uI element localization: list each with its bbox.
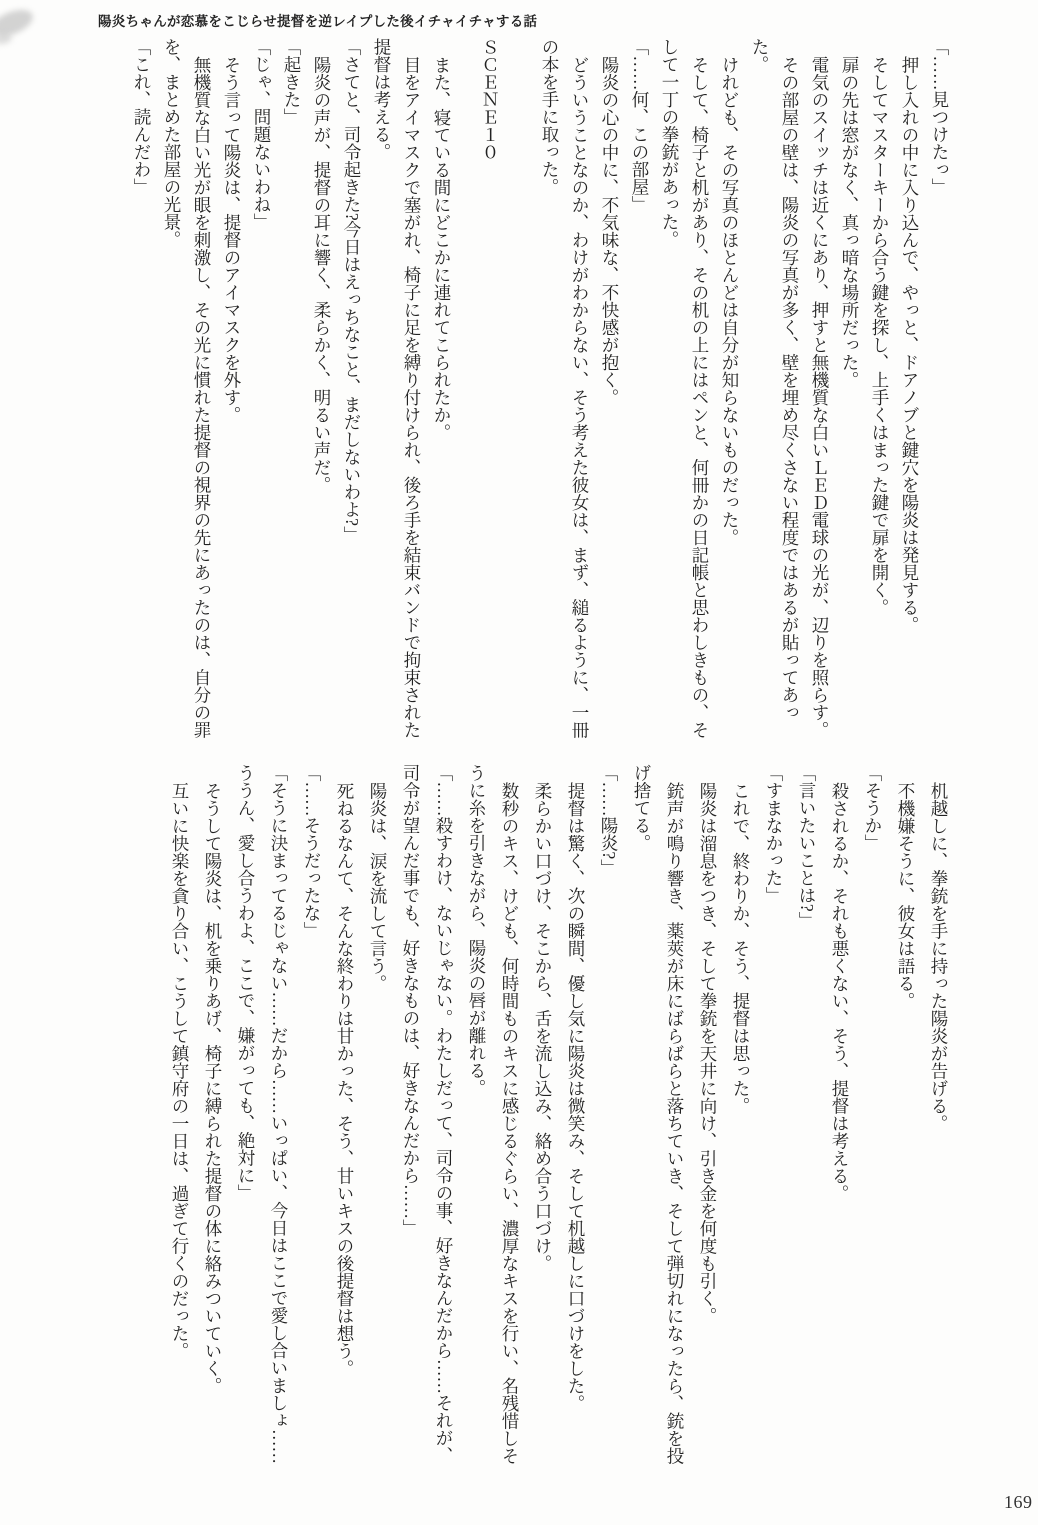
paragraph: 死ねるなんて、そんな終わりは甘かった、そう、甘いキスの後提督は想う。 <box>328 764 361 1468</box>
paragraph: 「そうか」 <box>856 764 889 1468</box>
paragraph: 「……何、この部屋」 <box>625 38 655 740</box>
paragraph: そうして陽炎は、机を乗りあげ、椅子に縛られた提督の体に絡みついていく。 <box>196 764 229 1468</box>
paragraph: 「起きた」 <box>277 38 307 740</box>
paragraph: 陽炎は、涙を流して言う。 <box>361 764 394 1468</box>
paragraph: 「そうに決まってるじゃない……だから……いっぱい、今日はここで愛し合いましょ……… <box>229 764 295 1468</box>
paragraph: そう言って陽炎は、提督のアイマスクを外す。 <box>217 38 247 740</box>
paragraph: 机越しに、拳銃を手に持った陽炎が告げる。 <box>922 764 955 1468</box>
top-text-block: 「……見つけたっ」 押し入れの中に入り込んで、やっと、ドアノブと鍵穴を陽炎は発見… <box>73 38 955 740</box>
paragraph: その部屋の壁は、陽炎の写真が多く、壁を埋め尽くさない程度ではあるが貼ってあった。 <box>745 38 805 740</box>
paragraph: また、寝ている間にどこかに連れてこられたか。 <box>427 38 457 740</box>
paragraph: 「すまなかった」 <box>757 764 790 1468</box>
paragraph: 「……陽炎?」 <box>592 764 625 1468</box>
paragraph: 互いに快楽を貪り合い、こうして鎮守府の一日は、過ぎて行くのだった。 <box>163 764 196 1468</box>
paragraph: 銃声が鳴り響き、薬莢が床にばらばらと落ちていき、そして弾切れになったら、銃を投げ… <box>625 764 691 1468</box>
paragraph: 陽炎の声が、提督の耳に響く、柔らかく、明るい声だ。 <box>307 38 337 740</box>
paragraph: 押し入れの中に入り込んで、やっと、ドアノブと鍵穴を陽炎は発見する。 <box>895 38 925 740</box>
paragraph: 「……殺すわけ、ないじゃない。わたしだって、司令の事、好きなんだから……それが、… <box>394 764 460 1468</box>
bottom-text-block: 机越しに、拳銃を手に持った陽炎が告げる。 不機嫌そうに、彼女は語る。 「そうか」… <box>73 764 955 1468</box>
paragraph: 陽炎の心の中に、不気味な、不快感が抱く。 <box>595 38 625 740</box>
paragraph: そしてマスターキーから合う鍵を探し、上手くはまった鍵で扉を開く。 <box>865 38 895 740</box>
paragraph: 扉の先は窓がなく、真っ暗な場所だった。 <box>835 38 865 740</box>
running-header-title: 陽炎ちゃんが恋慕をこじらせ提督を逆レイプした後イチャイチャする話 <box>98 10 537 30</box>
paragraph: 殺されるか、それも悪くない、そう、提督は考える。 <box>823 764 856 1468</box>
paragraph: 陽炎は溜息をつき、そして拳銃を天井に向け、引き金を何度も引く。 <box>691 764 724 1468</box>
paragraph: 「……見つけたっ」 <box>925 38 955 740</box>
paragraph: 「……そうだったな」 <box>295 764 328 1468</box>
paragraph: 「これ、読んだわ」 <box>127 38 157 740</box>
paragraph: 提督は驚く、次の瞬間、優し気に陽炎は微笑み、そして机越しに口づけをした。 <box>559 764 592 1468</box>
paragraph: 「言いたいことは?」 <box>790 764 823 1468</box>
paragraph: 無機質な白い光が眼を刺激し、その光に慣れた提督の視界の先にあったのは、自分の罪を… <box>157 38 217 740</box>
paragraph: 柔らかい口づけ、そこから、舌を流し込み、絡め合う口づけ。 <box>526 764 559 1468</box>
paragraph: 目をアイマスクで塞がれ、椅子に足を縛り付けられ、後ろ手を結束バンドで拘束された提… <box>367 38 427 740</box>
scene-heading: ＳＣＥＮＥ１０ <box>475 38 505 740</box>
paragraph: 「さてと、司令起きた?今日はえっちなこと、まだしないわよ?」 <box>337 38 367 740</box>
paragraph: 「じゃ、問題ないわね」 <box>247 38 277 740</box>
paragraph: 不機嫌そうに、彼女は語る。 <box>889 764 922 1468</box>
paragraph: どういうことなのか、わけがわからない、そう考えた彼女は、まず、縋るように、一冊の… <box>535 38 595 740</box>
paragraph: これで、終わりか、そう、提督は思った。 <box>724 764 757 1468</box>
paragraph: けれども、その写真のほとんどは自分が知らないものだった。 <box>715 38 745 740</box>
page-number: 169 <box>1004 1492 1033 1513</box>
paragraph: そして、椅子と机があり、その机の上にはペンと、何冊かの日記帳と思わしきもの、そし… <box>655 38 715 740</box>
paragraph: 電気のスイッチは近くにあり、押すと無機質な白いＬＥＤ電球の光が、辺りを照らす。 <box>805 38 835 740</box>
paragraph: 数秒のキス、けども、何時間ものキスに感じるぐらい、濃厚なキスを行い、名残惜しそう… <box>460 764 526 1468</box>
scanned-novel-page: 陽炎ちゃんが恋慕をこじらせ提督を逆レイプした後イチャイチャする話 「……見つけた… <box>0 0 1038 1525</box>
